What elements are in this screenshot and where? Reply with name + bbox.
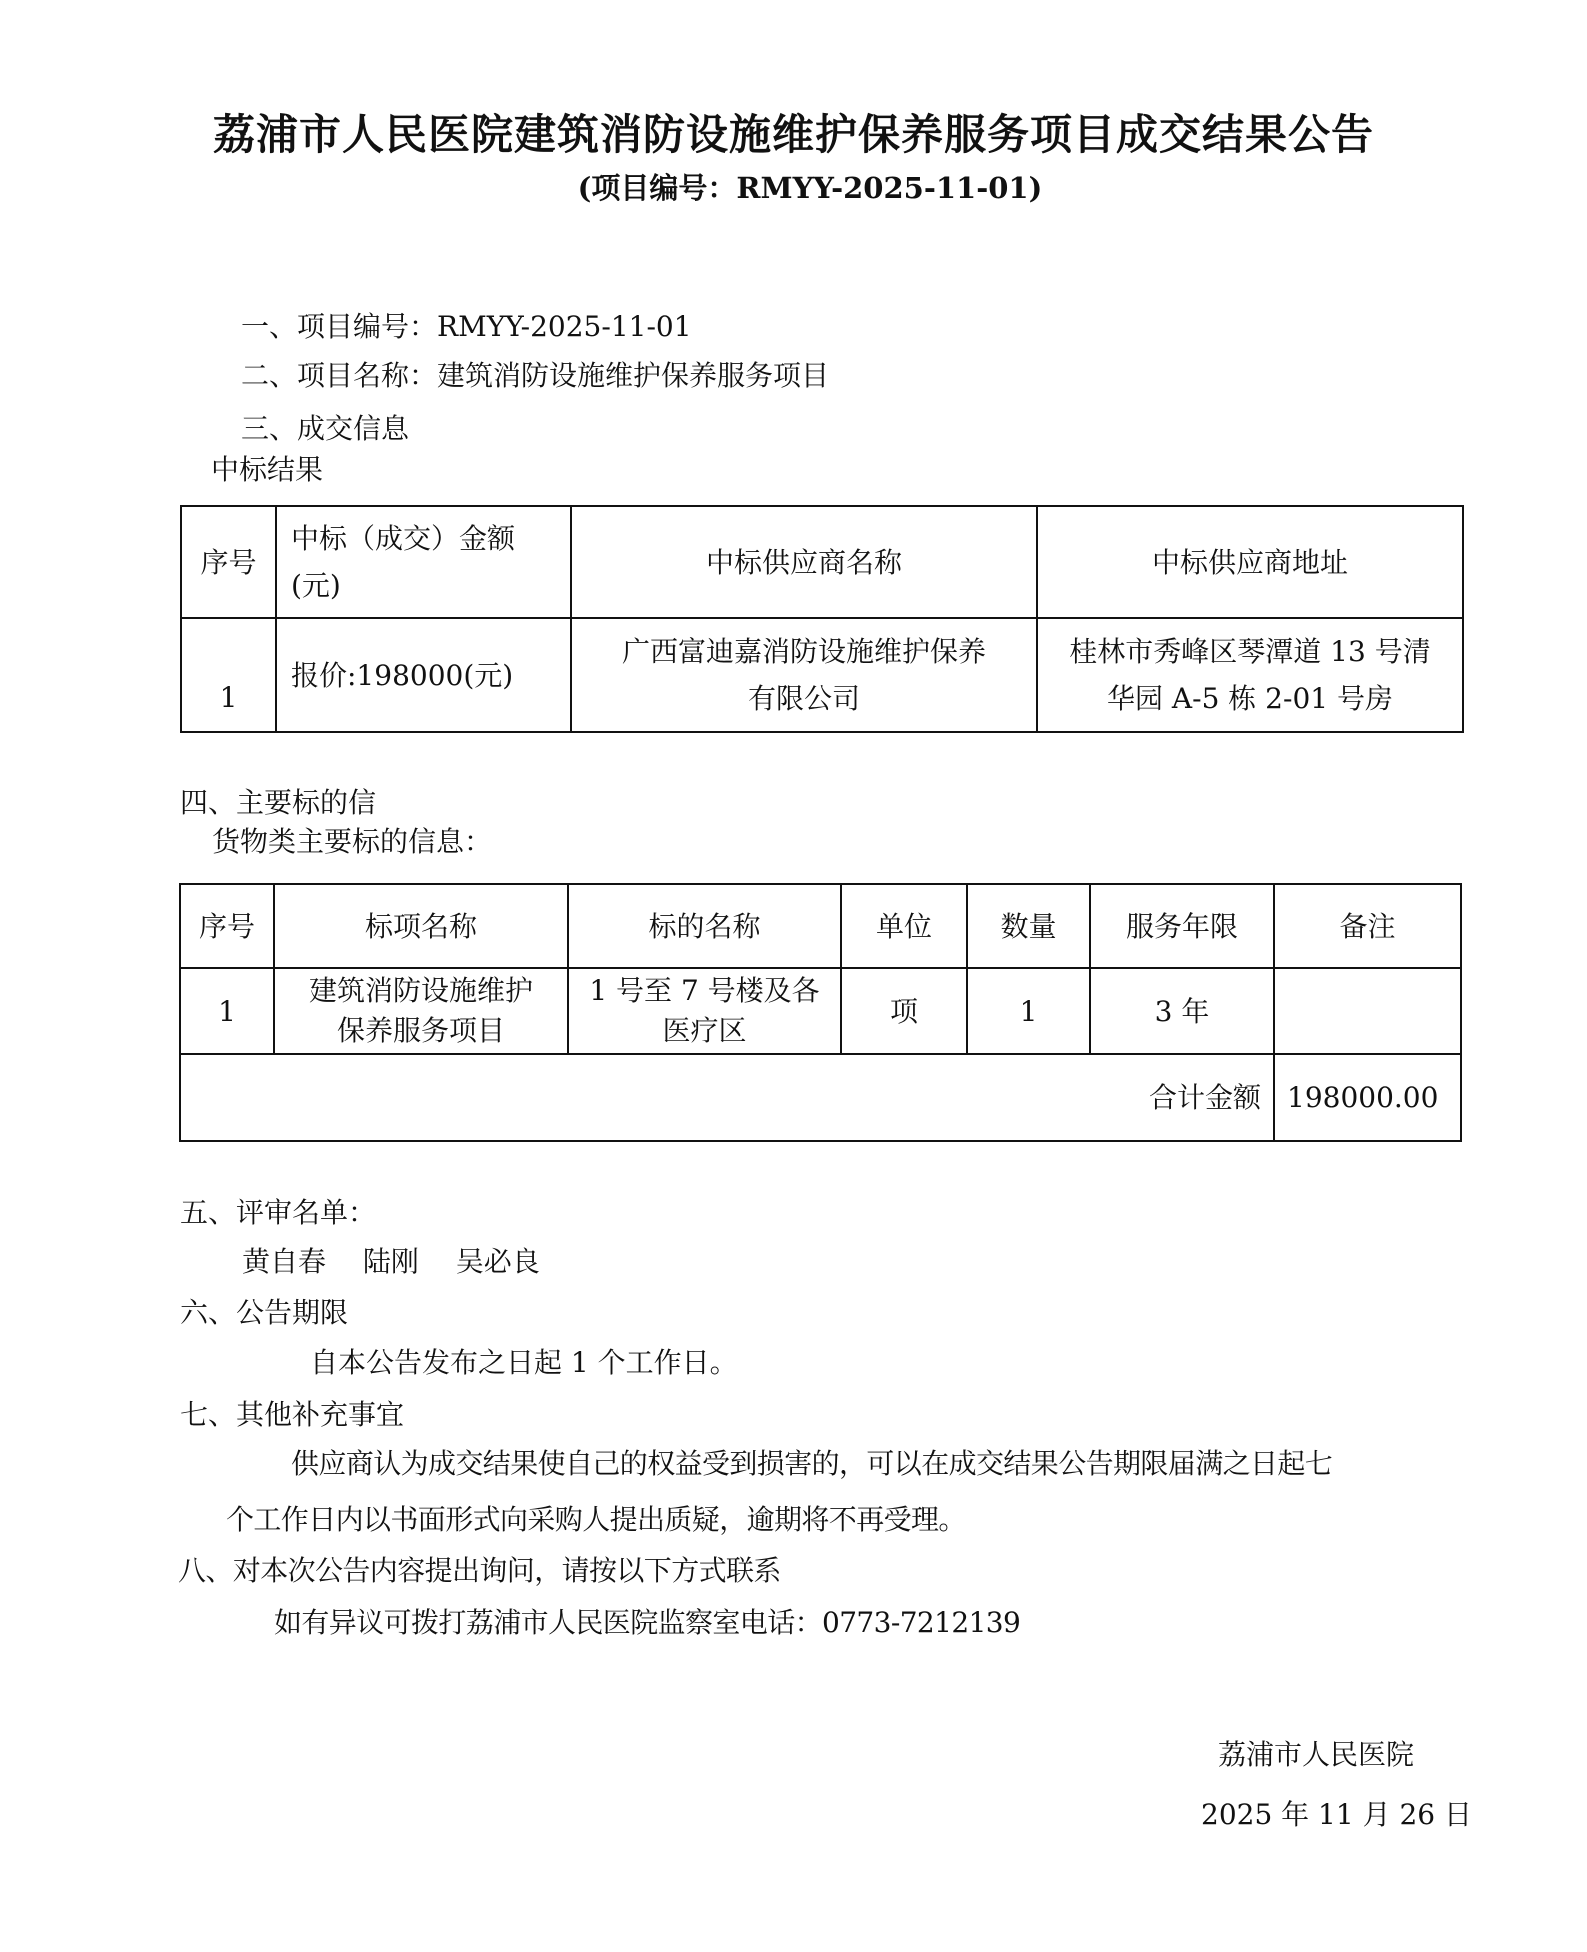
cell-lot-name: 建筑消防设施维护 保养服务项目 — [274, 968, 568, 1054]
cell-service-years: 3 年 — [1090, 968, 1274, 1054]
section-main-subject: 四、主要标的信 — [180, 789, 376, 817]
section-inquiry-contact: 八、对本次公告内容提出询问，请按以下方式联系 — [178, 1557, 781, 1585]
header-amount: 中标（成交）金额 (元) — [276, 506, 571, 618]
other-matters-text-line2: 个工作日内以书面形式向采购人提出质疑，逾期将不再受理。 — [226, 1506, 966, 1534]
lot-name-line1: 建筑消防设施维护 — [281, 971, 561, 1011]
header-supplier-name: 中标供应商名称 — [571, 506, 1037, 618]
main-subject-table: 序号 标项名称 标的名称 单位 数量 服务年限 备注 1 建筑消防设施维护 保养… — [179, 883, 1462, 1142]
header-amount-line1: 中标（成交）金额 — [291, 515, 564, 562]
cell-remark — [1274, 968, 1461, 1054]
cell-amount: 报价:198000(元) — [276, 618, 571, 732]
cell-supplier-name: 广西富迪嘉消防设施维护保养 有限公司 — [571, 618, 1037, 732]
section-project-name: 二、项目名称：建筑消防设施维护保养服务项目 — [241, 362, 829, 390]
header-service-years: 服务年限 — [1090, 884, 1274, 968]
cell-subject-name: 1 号至 7 号楼及各 医疗区 — [568, 968, 841, 1054]
header-quantity: 数量 — [967, 884, 1090, 968]
supplier-address-line1: 桂林市秀峰区琴潭道 13 号清 — [1044, 628, 1456, 675]
subject-name-line2: 医疗区 — [575, 1011, 834, 1051]
award-result-table: 序号 中标（成交）金额 (元) 中标供应商名称 中标供应商地址 1 报价:198… — [180, 505, 1464, 733]
header-no: 序号 — [180, 884, 274, 968]
other-matters-text-line1: 供应商认为成交结果使自己的权益受到损害的，可以在成交结果公告期限届满之日起七 — [291, 1450, 1332, 1478]
document-title: 荔浦市人民医院建筑消防设施维护保养服务项目成交结果公告 — [0, 114, 1587, 156]
table-header-row: 序号 标项名称 标的名称 单位 数量 服务年限 备注 — [180, 884, 1461, 968]
header-remark: 备注 — [1274, 884, 1461, 968]
header-unit: 单位 — [841, 884, 967, 968]
notice-period-text: 自本公告发布之日起 1 个工作日。 — [310, 1349, 738, 1377]
total-value: 198000.00 — [1274, 1054, 1461, 1141]
reviewer-names: 黄自春 陆刚 吴必良 — [242, 1248, 540, 1276]
header-lot-name: 标项名称 — [274, 884, 568, 968]
table-row: 1 报价:198000(元) 广西富迪嘉消防设施维护保养 有限公司 桂林市秀峰区… — [181, 618, 1463, 732]
cell-no: 1 — [180, 968, 274, 1054]
header-amount-line2: (元) — [291, 562, 564, 609]
section-deal-info: 三、成交信息 — [241, 415, 409, 443]
cell-quantity: 1 — [967, 968, 1090, 1054]
subheading-award-result: 中标结果 — [211, 456, 323, 484]
section-review-list: 五、评审名单： — [180, 1199, 376, 1227]
document-subtitle: (项目编号：RMYY-2025-11-01) — [0, 174, 1587, 203]
subheading-goods-info: 货物类主要标的信息： — [212, 828, 492, 856]
header-no: 序号 — [181, 506, 276, 618]
table-row: 1 建筑消防设施维护 保养服务项目 1 号至 7 号楼及各 医疗区 项 1 3 … — [180, 968, 1461, 1054]
header-supplier-address: 中标供应商地址 — [1037, 506, 1463, 618]
cell-supplier-address: 桂林市秀峰区琴潭道 13 号清 华园 A-5 栋 2-01 号房 — [1037, 618, 1463, 732]
cell-no: 1 — [181, 618, 276, 732]
table-total-row: 合计金额 198000.00 — [180, 1054, 1461, 1141]
signature-organization: 荔浦市人民医院 — [1218, 1741, 1414, 1769]
contact-phone-text: 如有异议可拨打荔浦市人民医院监察室电话：0773-7212139 — [274, 1609, 1020, 1637]
lot-name-line2: 保养服务项目 — [281, 1011, 561, 1051]
subject-name-line1: 1 号至 7 号楼及各 — [575, 971, 834, 1011]
cell-unit: 项 — [841, 968, 967, 1054]
section-other-matters: 七、其他补充事宜 — [180, 1401, 404, 1429]
supplier-name-line2: 有限公司 — [578, 675, 1030, 722]
supplier-address-line2: 华园 A-5 栋 2-01 号房 — [1044, 675, 1456, 722]
total-label: 合计金额 — [180, 1054, 1274, 1141]
supplier-name-line1: 广西富迪嘉消防设施维护保养 — [578, 628, 1030, 675]
signature-date: 2025 年 11 月 26 日 — [1201, 1801, 1472, 1829]
table-header-row: 序号 中标（成交）金额 (元) 中标供应商名称 中标供应商地址 — [181, 506, 1463, 618]
section-project-number: 一、项目编号：RMYY-2025-11-01 — [241, 313, 692, 341]
header-subject-name: 标的名称 — [568, 884, 841, 968]
section-notice-period: 六、公告期限 — [180, 1299, 348, 1327]
